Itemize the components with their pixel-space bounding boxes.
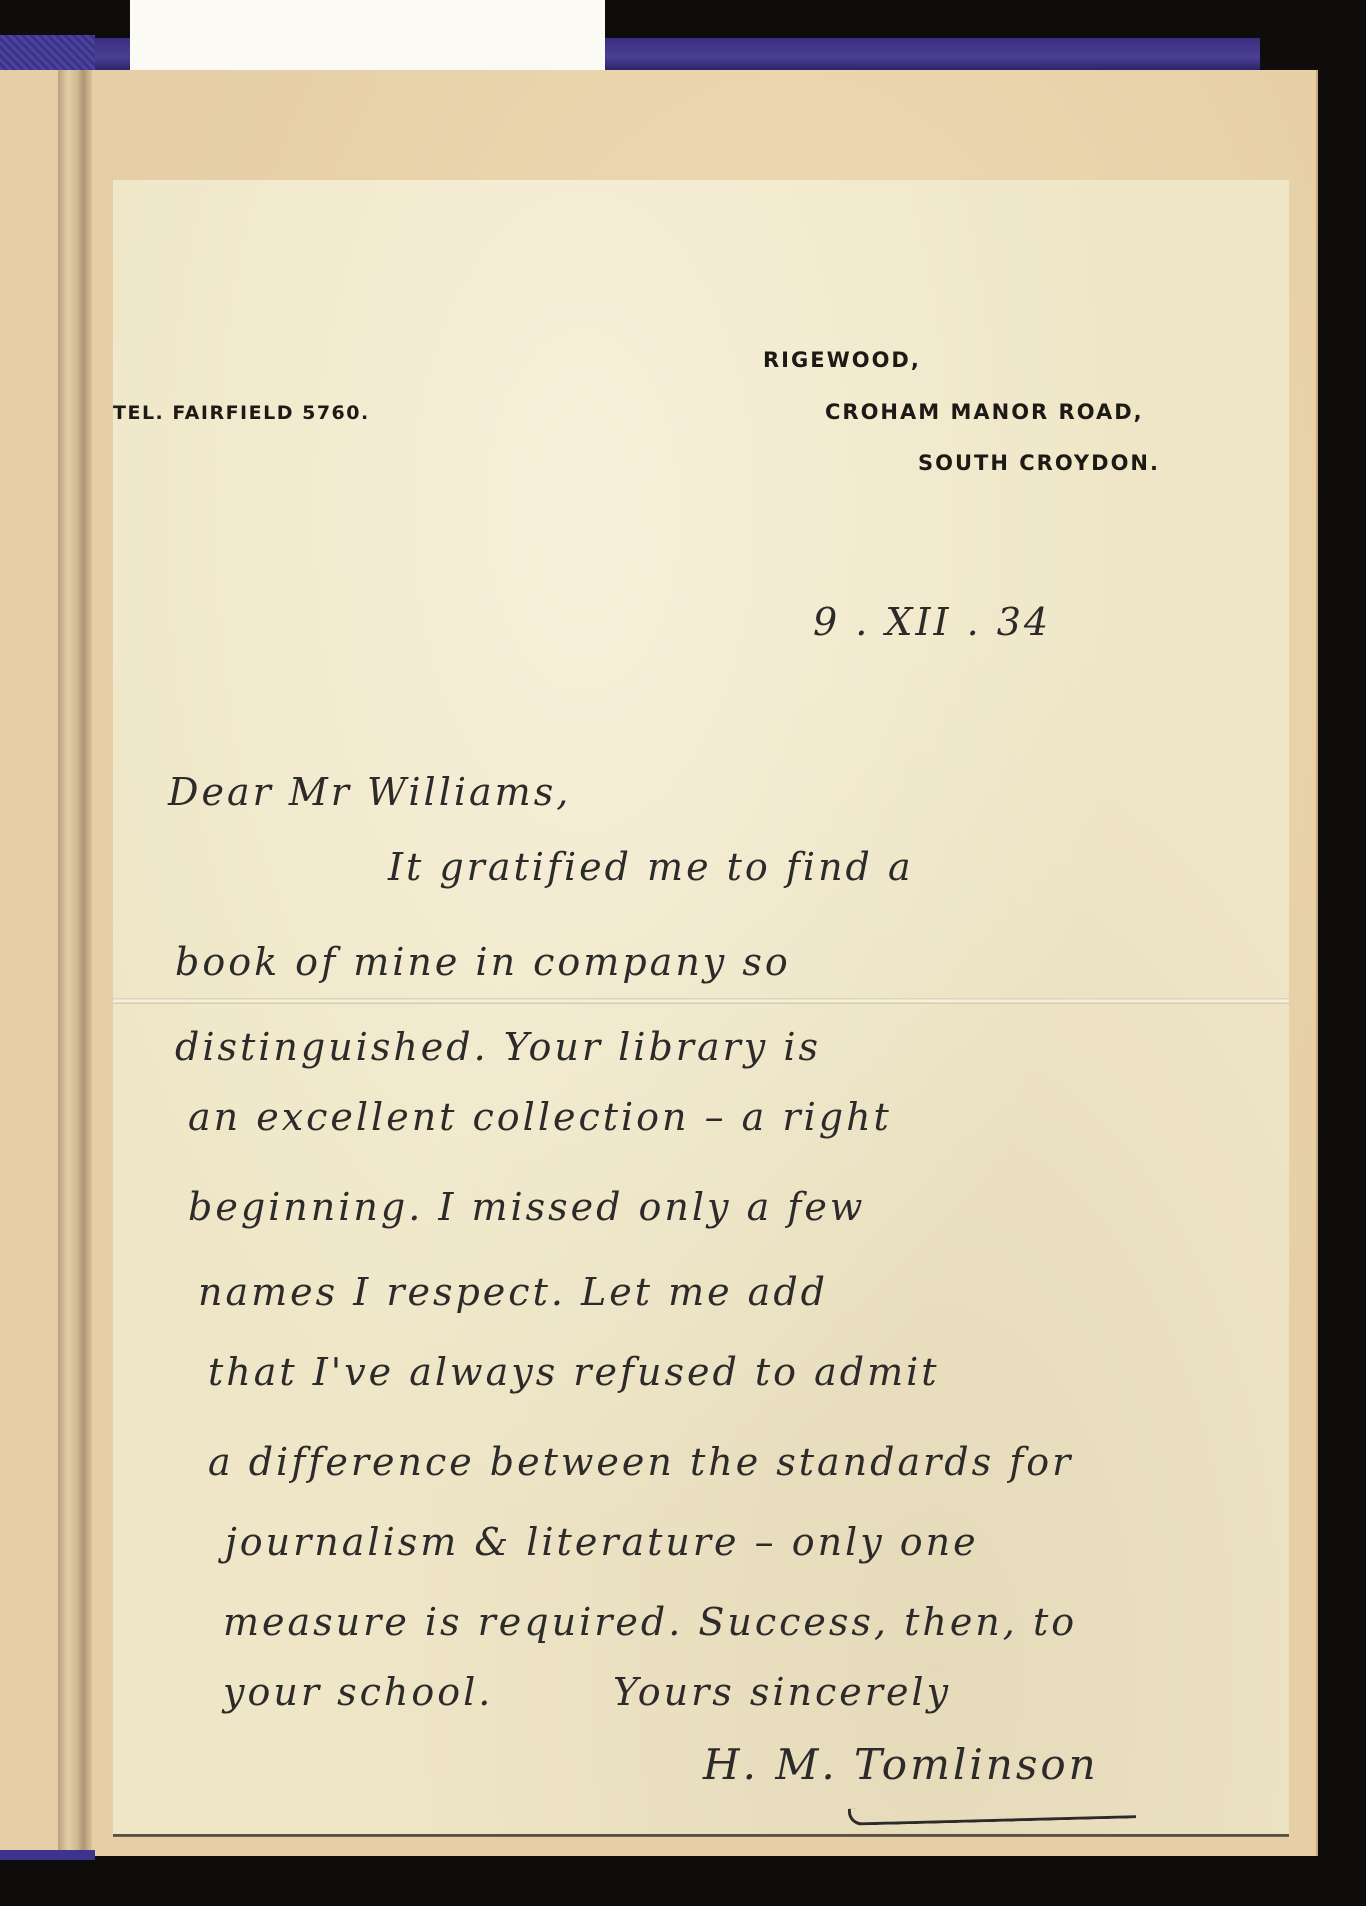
- body-line: measure is required. Success, then, to: [223, 1600, 1077, 1644]
- signature-underline: [848, 1801, 1136, 1826]
- spine-groove: [58, 70, 92, 1856]
- book-spine-cloth: [0, 35, 95, 70]
- body-line: names I respect. Let me add: [198, 1270, 828, 1314]
- salutation: Dear Mr Williams,: [168, 770, 571, 814]
- letter-sheet: RIGEWOOD, CROHAM MANOR ROAD, SOUTH CROYD…: [113, 180, 1289, 1836]
- letter-date: 9 . XII . 34: [813, 600, 1051, 644]
- body-line: distinguished. Your library is: [175, 1025, 821, 1069]
- body-line: journalism & literature – only one: [225, 1520, 979, 1564]
- body-line: an excellent collection – a right: [188, 1095, 892, 1139]
- signature: H. M. Tomlinson: [703, 1740, 1099, 1789]
- letterhead-house: RIGEWOOD,: [763, 348, 921, 372]
- fold-crease: [113, 998, 1289, 1004]
- letterhead-telephone: TEL. FAIRFIELD 5760.: [113, 402, 370, 424]
- body-line: book of mine in company so: [175, 940, 791, 984]
- body-line: It gratified me to find a: [388, 845, 914, 889]
- body-line: beginning. I missed only a few: [188, 1185, 865, 1229]
- body-line: your school.: [223, 1670, 493, 1714]
- body-line: that I've always refused to admit: [208, 1350, 940, 1394]
- letterhead-road: CROHAM MANOR ROAD,: [825, 400, 1144, 424]
- closing: Yours sincerely: [613, 1670, 951, 1714]
- body-line: a difference between the standards for: [208, 1440, 1073, 1484]
- paper-slip: [130, 0, 605, 70]
- letterhead-town: SOUTH CROYDON.: [918, 451, 1160, 475]
- book-cover-bottom: [0, 1850, 95, 1860]
